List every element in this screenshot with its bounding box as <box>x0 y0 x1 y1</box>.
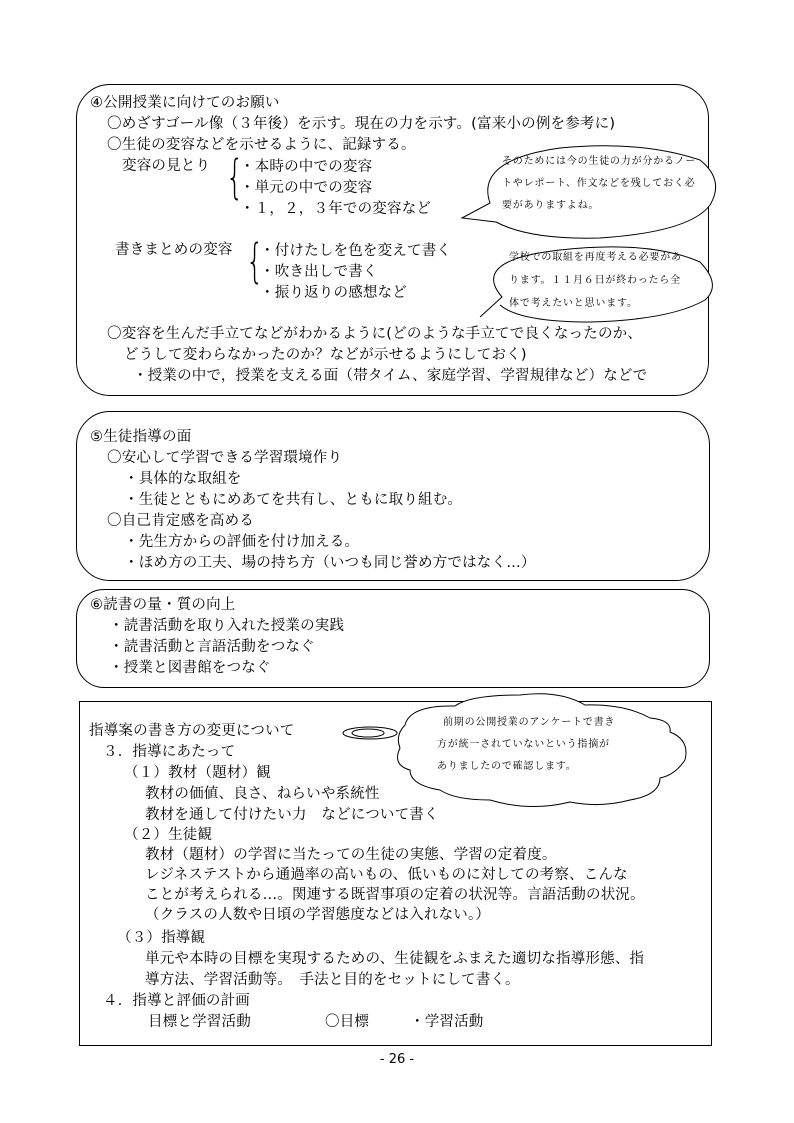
cloud-line-2: 方が統一されていないという指摘が <box>437 738 610 752</box>
plan-row-label: 目標と学習活動 <box>148 1013 251 1031</box>
cloud-line-3: ありましたので確認します。 <box>437 760 577 774</box>
section-4-closing-2: どうして変わらなかったのか？などが示せるようにしておく) <box>124 346 527 364</box>
summary-item-1: ・付けたしを色を変えて書く <box>260 242 451 260</box>
section-7-line-11: 単元や本時の目標を実現するための、生徒観をふまえた適切な指導形態、指 <box>145 950 644 968</box>
section-5-line-3: ・生徒とともにめあてを共有し、ともに取り組む。 <box>124 491 462 509</box>
observation-item-1: ・本時の中での変容 <box>240 158 372 176</box>
section-4-title: ④公開授業に向けてのお願い <box>90 94 280 112</box>
section-7-line-1: ３．指導にあたって <box>103 743 235 761</box>
section-7-line-4: 教材を通して付けたい力 などについて書く <box>145 806 439 824</box>
section-6-title: ⑥読書の量・質の向上 <box>90 596 236 614</box>
section-4-line-2: 〇生徒の変容などを示せるように、記録する。 <box>107 136 416 154</box>
section-4-closing-3: ・授業の中で，授業を支える面（帯タイム、家庭学習、学習規律など）などで <box>133 367 647 385</box>
section-7-line-10: （３）指導観 <box>117 929 205 947</box>
page-number: - 26 - <box>0 1052 794 1067</box>
section-7-title: 指導案の書き方の変更について <box>89 722 295 740</box>
observation-item-3: ・１，２，３年での変容など <box>240 200 431 218</box>
section-7-line-5: （２）生徒観 <box>124 826 212 844</box>
plan-row-goal: 〇目標 <box>325 1013 369 1031</box>
summary-label: 書きまとめの変容 <box>115 241 233 259</box>
section-7-line-9: （クラスの人数や日頃の学習態度などは入れない。） <box>145 906 490 924</box>
section-7-line-3: 教材の価値、良さ、ねらいや系統性 <box>145 785 380 803</box>
section-6-line-2: ・読書活動と言語活動をつなぐ <box>109 638 315 656</box>
section-5-line-5: ・先生方からの評価を付け加える。 <box>124 533 359 551</box>
section-4-closing-1: 〇変容を生んだ手立てなどがわかるように(どのような手立てで良くなったのか、 <box>107 325 642 343</box>
observation-label: 変容の見とり <box>122 157 210 175</box>
summary-item-3: ・振り返りの感想など <box>260 284 407 302</box>
section-7-line-12: 導方法、学習活動等。 手法と目的をセットにして書く。 <box>145 971 520 989</box>
section-5-title: ⑤生徒指導の面 <box>90 428 191 446</box>
observation-item-2: ・単元の中での変容 <box>240 179 372 197</box>
section-7-line-7: レジネステストから通過率の高いもの、低いものに対しての考察、こんな <box>145 866 628 884</box>
section-5-line-4: 〇自己肯定感を高める <box>107 512 254 530</box>
section-4-line-1: 〇めざすゴール像（３年後）を示す。現在の力を示す。(富来小の例を参考に) <box>107 115 615 133</box>
section-6-line-1: ・読書活動を取り入れた授業の実践 <box>109 617 344 635</box>
bubble-1-line-3: 要がありますよね。 <box>502 199 599 213</box>
bubble-1-line-1: そのためには今の生徒の力が分かるノー <box>502 155 696 169</box>
bubble-1-line-2: トやレポート、作文などを残しておく必 <box>502 177 696 191</box>
section-6-line-3: ・授業と図書館をつなぐ <box>109 659 271 677</box>
section-5-line-6: ・ほめ方の工夫、場の持ち方（いつも同じ誉め方ではなく…） <box>124 554 536 572</box>
section-5-line-1: 〇安心して学習できる学習環境作り <box>107 449 342 467</box>
summary-item-2: ・吹き出しで書く <box>260 263 378 281</box>
bubble-2-line-3: 体で考えたいと思います。 <box>509 297 638 311</box>
section-5-line-2: ・具体的な取組を <box>124 470 242 488</box>
plan-row-activity: ・学習活動 <box>410 1013 484 1031</box>
bubble-2-line-2: ります。１１月６日が終わったら全 <box>509 274 681 288</box>
section-7-line-13: ４．指導と評価の計画 <box>103 992 250 1010</box>
section-7-line-2: （１）教材（題材）観 <box>124 764 271 782</box>
section-7-line-6: 教材（題材）の学習に当たっての生徒の実態、学習の定着度。 <box>145 846 557 864</box>
cloud-line-1: 前期の公開授業のアンケートで書き <box>443 716 615 730</box>
bubble-2-line-1: 学校での取組を再度考える必要があ <box>509 251 682 265</box>
section-7-line-8: ことが考えられる…。関連する既習事項の定着の状況等。言語活動の状況。 <box>145 886 645 904</box>
